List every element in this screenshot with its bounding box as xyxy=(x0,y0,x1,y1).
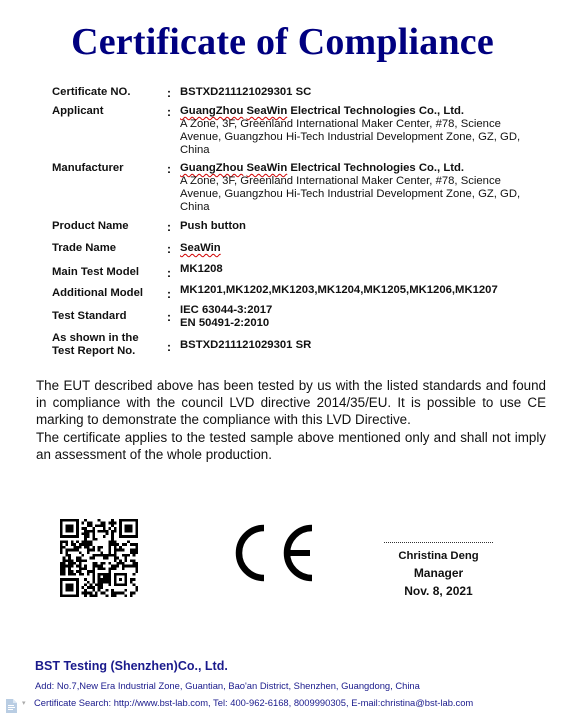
statement-paragraph-2: The certificate applies to the tested sa… xyxy=(36,429,546,463)
issue-date: Nov. 8, 2021 xyxy=(384,584,493,598)
trade-name-value: SeaWin xyxy=(180,242,540,255)
manufacturer-company-part2: SeaWin xyxy=(247,162,288,174)
manufacturer-address: A Zone, 3F, Greenland International Make… xyxy=(180,175,532,214)
footer-company: BST Testing (Shenzhen)Co., Ltd. xyxy=(35,659,228,673)
colon: : xyxy=(167,243,171,256)
additional-model-value: MK1201,MK1202,MK1203,MK1204,MK1205,MK120… xyxy=(180,284,540,297)
signature-line xyxy=(384,542,493,543)
manufacturer-label: Manufacturer xyxy=(52,162,124,175)
colon: : xyxy=(167,288,171,301)
test-standard-value-2: EN 50491-2:2010 xyxy=(180,317,540,330)
certificate-no-label: Certificate NO. xyxy=(52,86,130,99)
footer-certificate-search: Certificate Search: http://www.bst-lab.c… xyxy=(34,697,473,708)
colon: : xyxy=(167,87,171,100)
test-report-label: As shown in the Test Report No. xyxy=(52,332,139,358)
trade-name-text: SeaWin xyxy=(180,242,221,254)
signatory-role: Manager xyxy=(384,566,493,580)
colon: : xyxy=(167,221,171,234)
colon: : xyxy=(167,163,171,176)
manufacturer-company-rest: Electrical Technologies Co., Ltd. xyxy=(290,162,464,174)
applicant-label: Applicant xyxy=(52,105,103,118)
main-test-model-value: MK1208 xyxy=(180,263,540,276)
test-report-label-line2: Test Report No. xyxy=(52,345,139,358)
applicant-company-rest: Electrical Technologies Co., Ltd. xyxy=(290,105,464,117)
product-name-value: Push button xyxy=(180,220,540,233)
footer-address: Add: No.7,New Era Industrial Zone, Guant… xyxy=(35,680,420,691)
colon: : xyxy=(167,267,171,280)
trade-name-label: Trade Name xyxy=(52,242,116,255)
compliance-statement: The EUT described above has been tested … xyxy=(36,377,546,463)
colon: : xyxy=(167,341,171,354)
test-standard-value-1: IEC 63044-3:2017 xyxy=(180,304,540,317)
test-standard-label: Test Standard xyxy=(52,310,127,323)
applicant-address: A Zone, 3F, Greenland International Make… xyxy=(180,118,532,157)
applicant-value: GuangZhou SeaWin Electrical Technologies… xyxy=(180,105,540,157)
ce-mark-icon xyxy=(228,522,316,584)
test-standard-values: IEC 63044-3:2017 EN 50491-2:2010 xyxy=(180,304,540,330)
main-test-model-label: Main Test Model xyxy=(52,266,139,279)
certificate-no-value: BSTXD211121029301 SC xyxy=(180,86,540,99)
manufacturer-value: GuangZhou SeaWin Electrical Technologies… xyxy=(180,162,540,214)
signatory-name: Christina Deng xyxy=(384,550,493,562)
qr-code-icon xyxy=(60,519,138,597)
colon: : xyxy=(167,311,171,324)
product-name-label: Product Name xyxy=(52,220,129,233)
applicant-company: GuangZhou SeaWin Electrical Technologies… xyxy=(180,105,540,118)
test-report-value: BSTXD211121029301 SR xyxy=(180,339,540,352)
dropdown-arrow-icon[interactable]: ▾ xyxy=(22,699,26,707)
document-icon[interactable] xyxy=(6,699,17,713)
manufacturer-company-part1: GuangZhou xyxy=(180,162,243,174)
colon: : xyxy=(167,106,171,119)
applicant-company-part2: SeaWin xyxy=(247,105,288,117)
test-report-label-line1: As shown in the xyxy=(52,332,139,345)
statement-paragraph-1: The EUT described above has been tested … xyxy=(36,377,546,429)
certificate-title: Certificate of Compliance xyxy=(0,20,565,64)
applicant-company-part1: GuangZhou xyxy=(180,105,243,117)
additional-model-label: Additional Model xyxy=(52,287,143,300)
manufacturer-company: GuangZhou SeaWin Electrical Technologies… xyxy=(180,162,540,175)
